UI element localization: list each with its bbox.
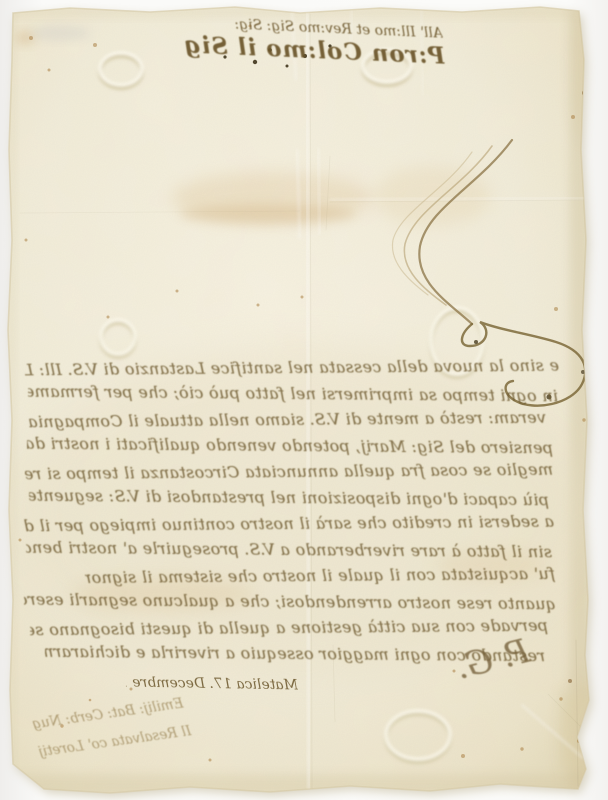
paper-grain xyxy=(0,0,608,800)
scanned-letter-verso: All' Ill:mo et Rev:mo Sig: Sig: P:ron Co… xyxy=(0,0,608,800)
paper-artwork xyxy=(0,0,608,800)
